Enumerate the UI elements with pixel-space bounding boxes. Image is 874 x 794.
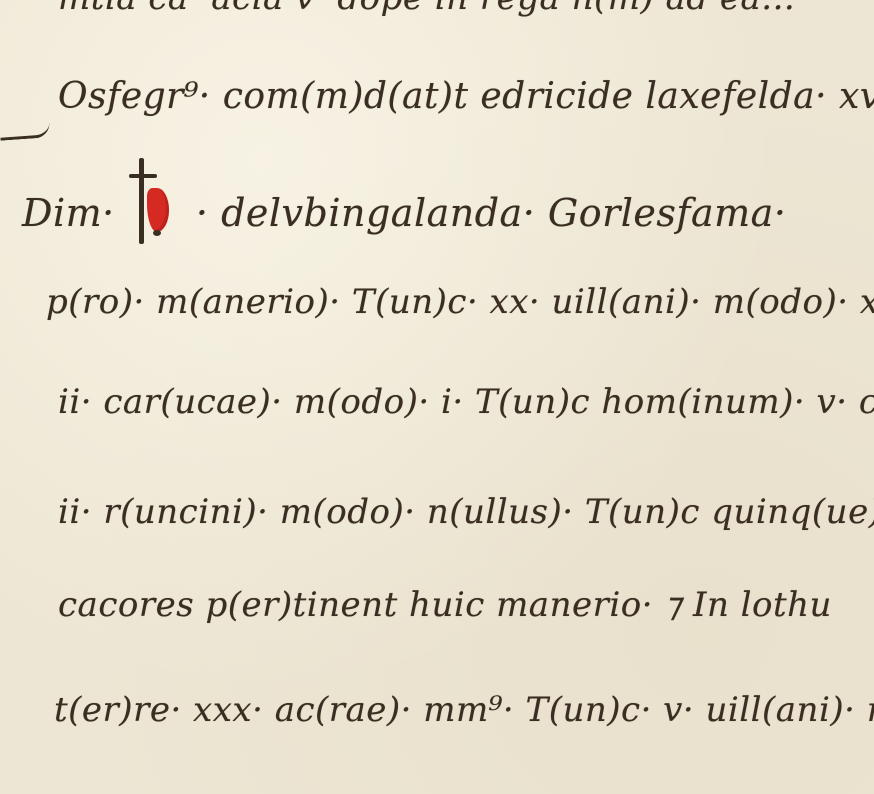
line-text: ii· r(uncini)· m(odo)· n(ullus)· T(un)c … — [58, 492, 874, 532]
manuscript-line: t(er)re· xxx· ac(rae)· mm⁹· T(un)c· v· u… — [54, 690, 874, 730]
red-initial-bowl — [147, 188, 169, 232]
manuscript-line: ii· car(ucae)· m(odo)· i· T(un)c hom(inu… — [58, 382, 874, 422]
line-text: mtia ca· acia v· dope in rega n(m) ad ea… — [58, 0, 795, 18]
line-prefix: Dim· — [22, 191, 115, 235]
initial-stem — [139, 158, 144, 244]
line-text: ii· car(ucae)· m(odo)· i· T(un)c hom(inu… — [58, 382, 874, 422]
rubricated-initial-h — [133, 180, 177, 240]
manuscript-line: p(ro)· m(anerio)· T(un)c· xx· uill(ani)·… — [46, 282, 874, 322]
manuscript-line: Osfegr⁹· com(m)d(at)t edricide laxefelda… — [58, 76, 874, 117]
initial-foot — [153, 230, 161, 236]
manuscript-line: cacores p(er)tinent huic manerio· ⁊ In l… — [58, 585, 832, 625]
initial-crossbar — [129, 174, 157, 178]
line-text: t(er)re· xxx· ac(rae)· mm⁹· T(un)c· v· u… — [54, 690, 874, 730]
manuscript-line: ii· r(uncini)· m(odo)· n(ullus)· T(un)c … — [58, 492, 874, 532]
manuscript-line-with-initial: Dim· · delvbingalanda· Gorlesfama· — [22, 180, 786, 240]
line-text: cacores p(er)tinent huic manerio· ⁊ In l… — [58, 585, 832, 625]
line-text: · delvbingalanda· Gorlesfama· — [196, 191, 786, 235]
line-text: p(ro)· m(anerio)· T(un)c· xx· uill(ani)·… — [46, 282, 874, 322]
line-text: Osfegr⁹· com(m)d(at)t edricide laxefelda… — [58, 76, 874, 117]
manuscript-line: mtia ca· acia v· dope in rega n(m) ad ea… — [58, 0, 795, 18]
